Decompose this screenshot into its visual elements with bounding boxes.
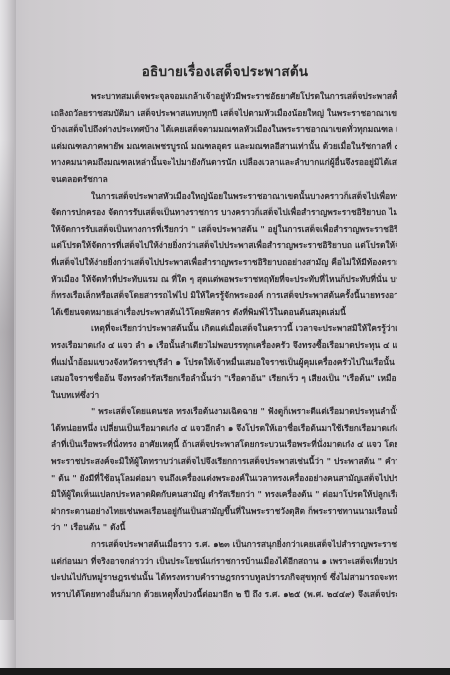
text-line: แต่โปรดให้จัดการที่เสด็จไปให้ง่ายยิ่งกว่… [51, 237, 397, 254]
body-text: พระบาทสมเด็จพระจุลจอมเกล้าเจ้าอยู่หัวมีพ… [51, 88, 397, 602]
text-line: แต่ก่อนมา ที่จริงอาจกล่าวว่า เป็นประโยชน… [51, 553, 397, 570]
text-line: บ้างเสด็จไปถึงต่างประเทศบ้าง ได้เคยเสด็จ… [51, 121, 397, 138]
book-page: อธิบายเรื่องเสด็จประพาสต้น พระบาทสมเด็จพ… [0, 0, 450, 668]
bottom-edge [0, 668, 450, 675]
text-line: ทรงเรือมาดเก๋ง ๔ แจว ลำ ๑ เรือนั้นลำเดีย… [51, 337, 397, 354]
text-line: พระบาทสมเด็จพระจุลจอมเกล้าเจ้าอยู่หัวมีพ… [51, 88, 397, 105]
page-shadow [0, 140, 14, 620]
text-line: ให้จัดการรับเสด็จเป็นทางการที่เรียกว่า "… [51, 221, 397, 238]
text-line: ได้หน่อยหนึ่ง เปลี่ยนเป็นเรือมาดเก๋ง ๔ แ… [51, 420, 397, 437]
text-line: ที่แม่น้ำอ้อมแขวงจังหวัดราชบุรีลำ ๑ โปรด… [51, 354, 397, 371]
text-line: " พระเสด็จโดยแดนชล ทรงเรือต้นงามเฉิดฉาย … [51, 403, 397, 420]
text-line: ได้เขียนจดหมายเล่าเรื่องประพาสต้นไว้โดยพ… [51, 304, 397, 321]
text-line: จนตลอดรัชกาล [51, 171, 397, 188]
text-line: หัวเมือง ให้จัดทำที่ประทับแรม ณ ที่ใด ๆ … [51, 271, 397, 288]
text-line: พระราชประสงค์จะมิให้ผู้ใดทราบว่าเสด็จไปจ… [51, 453, 397, 470]
text-line: มิให้ผู้ใดเห็นแปลกประหลาดผิดกับคนสามัญ ด… [51, 486, 397, 503]
text-line: จัดการปกครอง จัดการรับเสด็จเป็นทางราชการ… [51, 204, 397, 221]
text-line: ในบทเห่ซึ่งว่า [51, 387, 397, 404]
text-line: ฝากระดานอย่างไทยเช่นพลเรือนอยู่กันเป็นสา… [51, 503, 397, 520]
text-line: การเสด็จประพาสต้นเมื่อราว ร.ศ. ๑๒๓ เป็นก… [51, 536, 397, 553]
text-line: แต่มณฑลภาคพายัพ มณฑลเพชรบูรณ์ มณฑลอุดร แ… [51, 138, 397, 155]
text-line: ก็ทรงเรือเล็กหรือเสด็จโดยสารรถไฟไป มิให้… [51, 287, 397, 304]
text-line: " ต้น " ยังมีที่ใช้อนุโลมต่อมา จนถึงเครื… [51, 470, 397, 487]
page-title: อธิบายเรื่องเสด็จประพาสต้น [0, 60, 450, 82]
text-line: เสมอใจราชชื่ออ้น จึงทรงดำรัสเรียกเรือลำน… [51, 370, 397, 387]
text-line: เหตุที่จะเรียกว่าประพาสต้นนั้น เกิดแต่เม… [51, 320, 397, 337]
text-line: ลำที่เป็นเรือพระที่นั่งทรง อาศัยเหตุนี้ … [51, 436, 397, 453]
text-line: ทางคมนาคมถึงมณฑลเหล่านั้นจะไปมายังกันดาร… [51, 154, 397, 171]
text-line: ที่เสด็จไปให้ง่ายยิ่งกว่าเสด็จไปประพาสเพ… [51, 254, 397, 271]
text-line: ปะปนไปกับหมู่ราษฎรเช่นนั้น ได้ทรงทราบคำร… [51, 569, 397, 586]
text-line: ในการเสด็จประพาสหัวเมืองใหญ่น้อยในพระราช… [51, 188, 397, 205]
text-line: ว่า " เรือนต้น " ดังนี้ [51, 519, 397, 536]
text-line: ทราบได้โดยทางอื่นก็มาก ด้วยเหตุทั้งปวงนี… [51, 586, 397, 603]
text-line: เถลิงถวัลยราชสมบัติมา เสด็จประพาสแทบทุกป… [51, 105, 397, 122]
